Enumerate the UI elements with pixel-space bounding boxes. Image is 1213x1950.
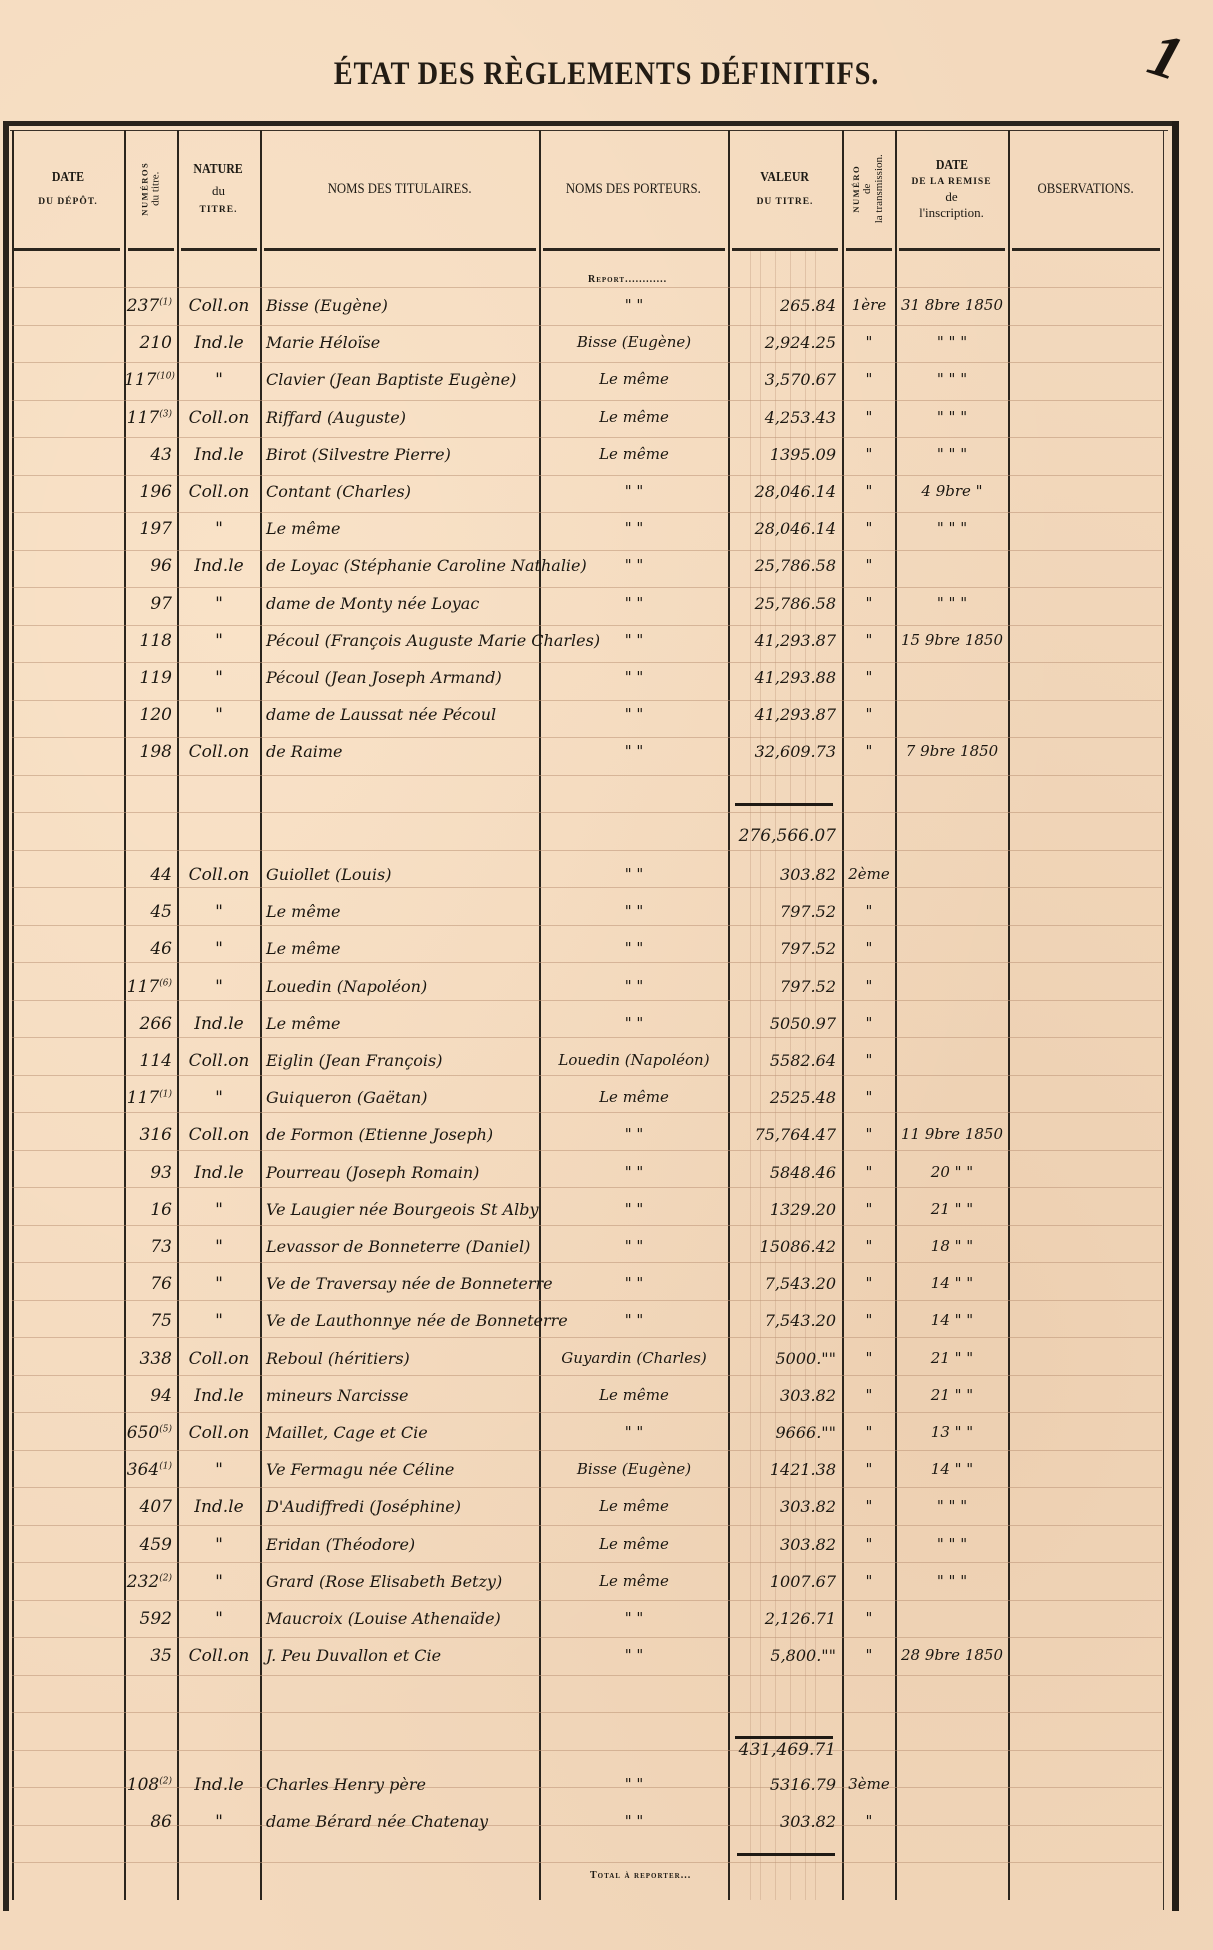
porteur-name: " " <box>542 1163 726 1181</box>
table-row: 118"Pécoul (François Auguste Marie Charl… <box>0 631 1213 661</box>
porteur-name-text: Le même <box>599 408 669 426</box>
porteur-name-text: Guyardin (Charles) <box>561 1349 706 1367</box>
titre-number: 117(10) <box>124 370 176 390</box>
header-text: NOMS DES TITULAIRES. <box>328 180 472 199</box>
porteur-name-text: " " <box>625 1646 644 1664</box>
titre-value: 1007.67 <box>730 1572 836 1591</box>
transmission-number: " <box>844 705 894 723</box>
porteur-name: " " <box>542 705 726 723</box>
titre-value: 7,543.20 <box>730 1274 836 1293</box>
transmission-number-text: " <box>866 1088 873 1106</box>
titre-value: 1421.38 <box>730 1460 836 1479</box>
table-row: 196Coll.onContant (Charles)" "28,046.14"… <box>0 482 1213 512</box>
titre-value: 25,786.58 <box>730 594 836 613</box>
porteur-name: " " <box>542 939 726 957</box>
titre-number-text: 46 <box>150 939 172 959</box>
titulaire-name-text: Ve Fermagu née Céline <box>266 1460 454 1479</box>
table-row: 650(5)Coll.onMaillet, Cage et Cie" "9666… <box>0 1423 1213 1453</box>
remise-date: 14 " " <box>898 1460 1006 1478</box>
transmission-number: 2ème <box>844 865 894 883</box>
titre-value: 5582.64 <box>730 1051 836 1070</box>
header-nature: NATURE du TITRE. <box>177 132 260 246</box>
ruled-line <box>12 1750 1162 1751</box>
titre-nature: " <box>178 1535 260 1555</box>
ruled-line <box>12 587 1162 588</box>
titre-nature: " <box>178 1237 260 1257</box>
remise-date-text: 14 " " <box>931 1460 973 1478</box>
titulaire-name: Guiqueron (Gaëtan) <box>266 1088 536 1107</box>
transmission-number-text: " <box>866 1423 873 1441</box>
titre-number: 43 <box>124 445 176 465</box>
titre-nature-text: Ind.le <box>194 1163 243 1183</box>
titre-nature-text: Coll.on <box>189 482 250 502</box>
titre-nature-text: " <box>215 1460 223 1480</box>
transmission-number: " <box>844 1460 894 1478</box>
remise-date: " " " <box>898 445 1006 463</box>
titre-number-text: 196 <box>140 482 172 502</box>
titre-value-text: 303.82 <box>780 1386 836 1405</box>
header-numeros: NUMÉROS du titre. <box>124 132 177 246</box>
titre-nature: " <box>178 1088 260 1108</box>
titre-nature: Ind.le <box>178 1386 260 1406</box>
remise-date: " " " <box>898 519 1006 537</box>
titulaire-name: dame Bérard née Chatenay <box>266 1812 536 1831</box>
titre-number: 210 <box>124 333 176 353</box>
titre-number: 196 <box>124 482 176 502</box>
titre-value: 2,126.71 <box>730 1609 836 1628</box>
transmission-number: " <box>844 1237 894 1255</box>
remise-date-text: " " " <box>937 408 967 426</box>
transmission-number-text: " <box>866 482 873 500</box>
transmission-number: " <box>844 333 894 351</box>
titre-value: 5,800."" <box>730 1646 836 1665</box>
porteur-name: " " <box>542 865 726 883</box>
transmission-number-text: " <box>866 1163 873 1181</box>
titre-number-text: 44 <box>150 865 172 885</box>
titre-nature: Ind.le <box>178 445 260 465</box>
titre-value: 7,543.20 <box>730 1311 836 1330</box>
titulaire-name-text: Le même <box>266 519 340 538</box>
titre-nature: " <box>178 705 260 725</box>
porteur-name: " " <box>542 742 726 760</box>
table-row: 364(1)"Ve Fermagu née CélineBisse (Eugèn… <box>0 1460 1213 1490</box>
remise-date-text: " " " <box>937 594 967 612</box>
header-text: de <box>945 189 957 205</box>
titulaire-name-text: Maillet, Cage et Cie <box>266 1423 428 1442</box>
remise-date: 21 " " <box>898 1386 1006 1404</box>
porteur-name-text: " " <box>625 1163 644 1181</box>
titre-nature-text: " <box>215 1311 223 1331</box>
porteur-name-text: Louedin (Napoléon) <box>558 1051 709 1069</box>
titre-value-text: 797.52 <box>780 939 836 958</box>
transmission-number-text: " <box>866 1609 873 1627</box>
titre-value: 28,046.14 <box>730 482 836 501</box>
transmission-number-text: " <box>866 668 873 686</box>
titre-nature: " <box>178 370 260 390</box>
titre-nature-text: " <box>215 1237 223 1257</box>
header-text: la transmission. <box>873 154 885 223</box>
titulaire-name-text: Eridan (Théodore) <box>266 1535 415 1554</box>
titre-number-text: 73 <box>150 1237 172 1257</box>
table-row: 46" Le même" "797.52" <box>0 939 1213 969</box>
porteur-name-text: " " <box>625 1125 644 1143</box>
titre-value: 797.52 <box>730 977 836 996</box>
titre-nature-text: " <box>215 705 223 725</box>
transmission-number: " <box>844 1088 894 1106</box>
titre-value: 303.82 <box>730 1497 836 1516</box>
header-porteurs: NOMS DES PORTEURS. <box>539 132 728 246</box>
table-row: 97"dame de Monty née Loyac" "25,786.58""… <box>0 594 1213 624</box>
titre-value-text: 265.84 <box>780 296 836 315</box>
header-text: DU TITRE. <box>757 197 814 209</box>
transmission-number: " <box>844 1014 894 1032</box>
remise-date-text: " " " <box>937 333 967 351</box>
titre-value-text: 7,543.20 <box>765 1311 836 1330</box>
header-date-depot: DATE DU DÉPÔT. <box>12 132 124 246</box>
titre-number-text: 316 <box>140 1125 172 1145</box>
titre-value: 3,570.67 <box>730 370 836 389</box>
titre-nature-text: " <box>215 1609 223 1629</box>
table-row: 114Coll.onEiglin (Jean François)Louedin … <box>0 1051 1213 1081</box>
header-rule <box>264 248 536 251</box>
remise-date-text: 18 " " <box>931 1237 973 1255</box>
remise-date-text: 14 " " <box>931 1274 973 1292</box>
titulaire-name-text: Le même <box>266 939 340 958</box>
titulaire-name: Ve de Lauthonnye née de Bonneterre <box>266 1311 536 1330</box>
titre-number: 46 <box>124 939 176 959</box>
porteur-name-text: Le même <box>599 1088 669 1106</box>
table-row: 316Coll.onde Formon (Etienne Joseph)" "7… <box>0 1125 1213 1155</box>
titulaire-name-text: Reboul (héritiers) <box>266 1349 410 1368</box>
remise-date: " " " <box>898 1572 1006 1590</box>
titulaire-name-text: de Formon (Etienne Joseph) <box>266 1125 493 1144</box>
titre-nature-text: Coll.on <box>189 408 250 428</box>
titre-nature-text: Coll.on <box>189 1125 250 1145</box>
table-row: 75"Ve de Lauthonnye née de Bonneterre" "… <box>0 1311 1213 1341</box>
titre-nature-text: Ind.le <box>194 1014 243 1034</box>
table-row: 94Ind.lemineurs NarcisseLe même303.82"21… <box>0 1386 1213 1416</box>
titulaire-name: Ve Laugier née Bourgeois St Alby <box>266 1200 536 1219</box>
titre-number: 108(2) <box>124 1775 176 1795</box>
titulaire-name: Eridan (Théodore) <box>266 1535 536 1554</box>
titre-number: 197 <box>124 519 176 539</box>
titulaire-name: de Formon (Etienne Joseph) <box>266 1125 536 1144</box>
transmission-number-text: " <box>866 1014 873 1032</box>
remise-date-text: 15 9bre 1850 <box>901 631 1003 649</box>
titulaire-name-text: mineurs Narcisse <box>266 1386 408 1405</box>
remise-date-text: " " " <box>937 519 967 537</box>
porteur-name: " " <box>542 296 726 314</box>
porteur-name: Le même <box>542 445 726 463</box>
titulaire-name: Le même <box>266 519 536 538</box>
titre-value: 303.82 <box>730 1535 836 1554</box>
report-label: Report............ <box>588 274 667 285</box>
titre-number: 198 <box>124 742 176 762</box>
titre-number: 364(1) <box>124 1460 176 1480</box>
transmission-number-text: " <box>866 1125 873 1143</box>
porteur-name-text: " " <box>625 902 644 920</box>
titre-number: 35 <box>124 1646 176 1666</box>
porteur-name-text: " " <box>625 939 644 957</box>
titre-value-text: 9666."" <box>775 1423 836 1442</box>
subtotal-rule <box>735 1736 833 1739</box>
porteur-name: Le même <box>542 408 726 426</box>
titre-number: 94 <box>124 1386 176 1406</box>
remise-date: 21 " " <box>898 1200 1006 1218</box>
porteur-name: " " <box>542 1125 726 1143</box>
transmission-number: " <box>844 1535 894 1553</box>
titre-nature: " <box>178 1812 260 1832</box>
table-row: 117(3)Coll.onRiffard (Auguste)Le même4,2… <box>0 408 1213 438</box>
header-text: NUMÉRO <box>852 154 861 223</box>
titre-value-text: 3,570.67 <box>765 370 836 389</box>
header-rule <box>732 248 838 251</box>
titre-number: 44 <box>124 865 176 885</box>
titre-number-text: 232 <box>127 1572 159 1592</box>
titre-value: 5000."" <box>730 1349 836 1368</box>
remise-date: " " " <box>898 333 1006 351</box>
transmission-number-text: " <box>866 1646 873 1664</box>
porteur-name: " " <box>542 902 726 920</box>
frame-border-top <box>5 121 1175 126</box>
titulaire-name-text: Charles Henry père <box>266 1775 426 1794</box>
titre-number: 75 <box>124 1311 176 1331</box>
titre-value-text: 5000."" <box>775 1349 836 1368</box>
titre-nature-text: Ind.le <box>194 1386 243 1406</box>
titre-nature-text: Ind.le <box>194 333 243 353</box>
titre-number: 76 <box>124 1274 176 1294</box>
titre-number-note: (1) <box>159 1462 172 1472</box>
porteur-name-text: Bisse (Eugène) <box>577 333 691 351</box>
porteur-name: Le même <box>542 370 726 388</box>
subtotal-rule <box>735 803 833 806</box>
titulaire-name: Louedin (Napoléon) <box>266 977 536 996</box>
transmission-number-text: " <box>866 445 873 463</box>
header-rule <box>899 248 1005 251</box>
transmission-number: " <box>844 668 894 686</box>
transmission-number: " <box>844 408 894 426</box>
titre-nature-text: Coll.on <box>189 1349 250 1369</box>
titre-nature: " <box>178 939 260 959</box>
titre-number: 117(1) <box>124 1088 176 1108</box>
titre-nature-text: " <box>215 977 223 997</box>
porteur-name-text: " " <box>625 631 644 649</box>
titre-nature-text: " <box>215 1088 223 1108</box>
titre-value-text: 5,800."" <box>770 1646 836 1665</box>
ruled-line <box>12 1862 1162 1863</box>
porteur-name-text: " " <box>625 742 644 760</box>
porteur-name-text: Le même <box>599 445 669 463</box>
remise-date-text: 20 " " <box>931 1163 973 1181</box>
transmission-number: " <box>844 1051 894 1069</box>
titulaire-name-text: Levassor de Bonneterre (Daniel) <box>266 1237 530 1256</box>
ruled-line <box>12 700 1162 701</box>
titre-value: 41,293.87 <box>730 631 836 650</box>
remise-date-text: 31 8bre 1850 <box>901 296 1003 314</box>
titulaire-name-text: Clavier (Jean Baptiste Eugène) <box>266 370 516 389</box>
header-text: DE LA REMISE <box>911 177 991 189</box>
titre-number-text: 117 <box>127 408 159 428</box>
remise-date-text: " " " <box>937 1535 967 1553</box>
porteur-name-text: " " <box>625 594 644 612</box>
transmission-number: " <box>844 1311 894 1329</box>
titre-number-text: 96 <box>150 556 172 576</box>
remise-date: " " " <box>898 1497 1006 1515</box>
titre-value-text: 4,253.43 <box>765 408 836 427</box>
titre-value-text: 75,764.47 <box>755 1125 836 1144</box>
ruled-line <box>12 737 1162 738</box>
header-text: l'inscription. <box>919 205 984 221</box>
titre-value-text: 1329.20 <box>770 1200 836 1219</box>
titre-value: 5848.46 <box>730 1163 836 1182</box>
titre-number: 93 <box>124 1163 176 1183</box>
titre-number: 407 <box>124 1497 176 1517</box>
titre-number: 45 <box>124 902 176 922</box>
remise-date-text: " " " <box>937 1497 967 1515</box>
titre-nature: Ind.le <box>178 1497 260 1517</box>
remise-date: 31 8bre 1850 <box>898 296 1006 314</box>
transmission-number: " <box>844 939 894 957</box>
table-row: 73"Levassor de Bonneterre (Daniel)" "150… <box>0 1237 1213 1267</box>
table-row: 44Coll.onGuiollet (Louis)" "303.822ème <box>0 865 1213 895</box>
titre-value-text: 2,924.25 <box>765 333 836 352</box>
titulaire-name-text: dame de Laussat née Pécoul <box>266 705 496 724</box>
titre-value-text: 2525.48 <box>770 1088 836 1107</box>
titre-nature: " <box>178 631 260 651</box>
titre-value: 797.52 <box>730 939 836 958</box>
titre-value-text: 5050.97 <box>770 1014 836 1033</box>
table-row: 117(1)"Guiqueron (Gaëtan)Le même2525.48" <box>0 1088 1213 1118</box>
titre-value-text: 1395.09 <box>770 445 836 464</box>
table-row: 197" Le même" "28,046.14"" " " <box>0 519 1213 549</box>
table-row: 45" Le même" "797.52" <box>0 902 1213 932</box>
titre-value-text: 5582.64 <box>770 1051 836 1070</box>
titulaire-name: Birot (Silvestre Pierre) <box>266 445 536 464</box>
porteur-name: " " <box>542 1237 726 1255</box>
table-row: 43Ind.leBirot (Silvestre Pierre)Le même1… <box>0 445 1213 475</box>
transmission-number-text: " <box>866 1460 873 1478</box>
titre-number-note: (6) <box>159 978 172 988</box>
ruled-line <box>12 850 1162 851</box>
remise-date: 11 9bre 1850 <box>898 1125 1006 1143</box>
table-row: 76"Ve de Traversay née de Bonneterre" "7… <box>0 1274 1213 1304</box>
remise-date-text: " " " <box>937 445 967 463</box>
porteur-name: " " <box>542 1200 726 1218</box>
remise-date: 13 " " <box>898 1423 1006 1441</box>
titulaire-name-text: dame de Monty née Loyac <box>266 594 479 613</box>
titre-nature-text: " <box>215 902 223 922</box>
porteur-name-text: " " <box>625 482 644 500</box>
porteur-name: " " <box>542 1812 726 1830</box>
transmission-number-text: " <box>866 705 873 723</box>
porteur-name-text: Le même <box>599 370 669 388</box>
titre-number: 96 <box>124 556 176 576</box>
titre-number: 117(3) <box>124 408 176 428</box>
header-text: NOMS DES PORTEURS. <box>566 180 701 199</box>
titre-number-text: 364 <box>127 1460 159 1480</box>
titre-value-text: 41,293.87 <box>755 631 836 650</box>
header-text: NUMÉROS <box>140 162 149 216</box>
titre-nature-text: Ind.le <box>194 1775 243 1795</box>
titre-nature: " <box>178 902 260 922</box>
titulaire-name: Bisse (Eugène) <box>266 296 536 315</box>
titre-nature: Coll.on <box>178 1125 260 1145</box>
transmission-number: 1ère <box>844 296 894 314</box>
titre-nature: Coll.on <box>178 1423 260 1443</box>
transmission-number-text: " <box>866 742 873 760</box>
titulaire-name-text: Birot (Silvestre Pierre) <box>266 445 451 464</box>
titre-number-text: 210 <box>140 333 172 353</box>
titre-number-note: (5) <box>159 1424 172 1434</box>
header-rule <box>128 248 174 251</box>
titulaire-name: Guiollet (Louis) <box>266 865 536 884</box>
titulaire-name-text: Guiollet (Louis) <box>266 865 391 884</box>
titre-number-text: 407 <box>140 1497 172 1517</box>
transmission-number: " <box>844 445 894 463</box>
header-text: OBSERVATIONS. <box>1037 180 1133 199</box>
titulaire-name: Charles Henry père <box>266 1775 536 1794</box>
titre-number-text: 16 <box>150 1200 172 1220</box>
titre-number-note: (1) <box>159 297 172 307</box>
porteur-name-text: " " <box>625 1014 644 1032</box>
titre-value: 5316.79 <box>730 1775 836 1794</box>
porteur-name: " " <box>542 977 726 995</box>
titre-value-text: 25,786.58 <box>755 556 836 575</box>
header-text: du <box>212 183 225 199</box>
titre-nature: " <box>178 1460 260 1480</box>
transmission-number-text: " <box>866 902 873 920</box>
titre-number-text: 459 <box>140 1535 172 1555</box>
header-rule <box>846 248 892 251</box>
titre-value: 15086.42 <box>730 1237 836 1256</box>
table-row: 266Ind.le Le même" "5050.97" <box>0 1014 1213 1044</box>
remise-date: 21 " " <box>898 1349 1006 1367</box>
titulaire-name: Pécoul (Jean Joseph Armand) <box>266 668 536 687</box>
porteur-name: Louedin (Napoléon) <box>542 1051 726 1069</box>
titre-nature-text: " <box>215 1812 223 1832</box>
titre-number-text: 35 <box>150 1646 172 1666</box>
titulaire-name: Ve Fermagu née Céline <box>266 1460 536 1479</box>
titre-number-text: 43 <box>150 445 172 465</box>
remise-date-text: 21 " " <box>931 1386 973 1404</box>
titre-number-note: (1) <box>159 1090 172 1100</box>
titre-nature: " <box>178 1200 260 1220</box>
titre-nature-text: Coll.on <box>189 1051 250 1071</box>
titre-nature: " <box>178 977 260 997</box>
titulaire-name-text: de Loyac (Stéphanie Caroline Nathalie) <box>266 556 587 575</box>
titre-value: 265.84 <box>730 296 836 315</box>
transmission-number: " <box>844 1386 894 1404</box>
titre-value: 75,764.47 <box>730 1125 836 1144</box>
titre-value-text: 28,046.14 <box>755 482 836 501</box>
titre-nature: Coll.on <box>178 482 260 502</box>
titre-value: 41,293.88 <box>730 668 836 687</box>
remise-date: 14 " " <box>898 1311 1006 1329</box>
transmission-number: " <box>844 977 894 995</box>
titre-nature: Coll.on <box>178 742 260 762</box>
titre-nature: " <box>178 1311 260 1331</box>
porteur-name: " " <box>542 594 726 612</box>
titulaire-name: Grard (Rose Elisabeth Betzy) <box>266 1572 536 1591</box>
titre-number: 97 <box>124 594 176 614</box>
titulaire-name: dame de Laussat née Pécoul <box>266 705 536 724</box>
titre-value-text: 1421.38 <box>770 1460 836 1479</box>
titre-nature: Ind.le <box>178 1163 260 1183</box>
transmission-number: " <box>844 370 894 388</box>
transmission-number-text: " <box>866 333 873 351</box>
titulaire-name: Marie Héloïse <box>266 333 536 352</box>
titre-nature: Ind.le <box>178 556 260 576</box>
